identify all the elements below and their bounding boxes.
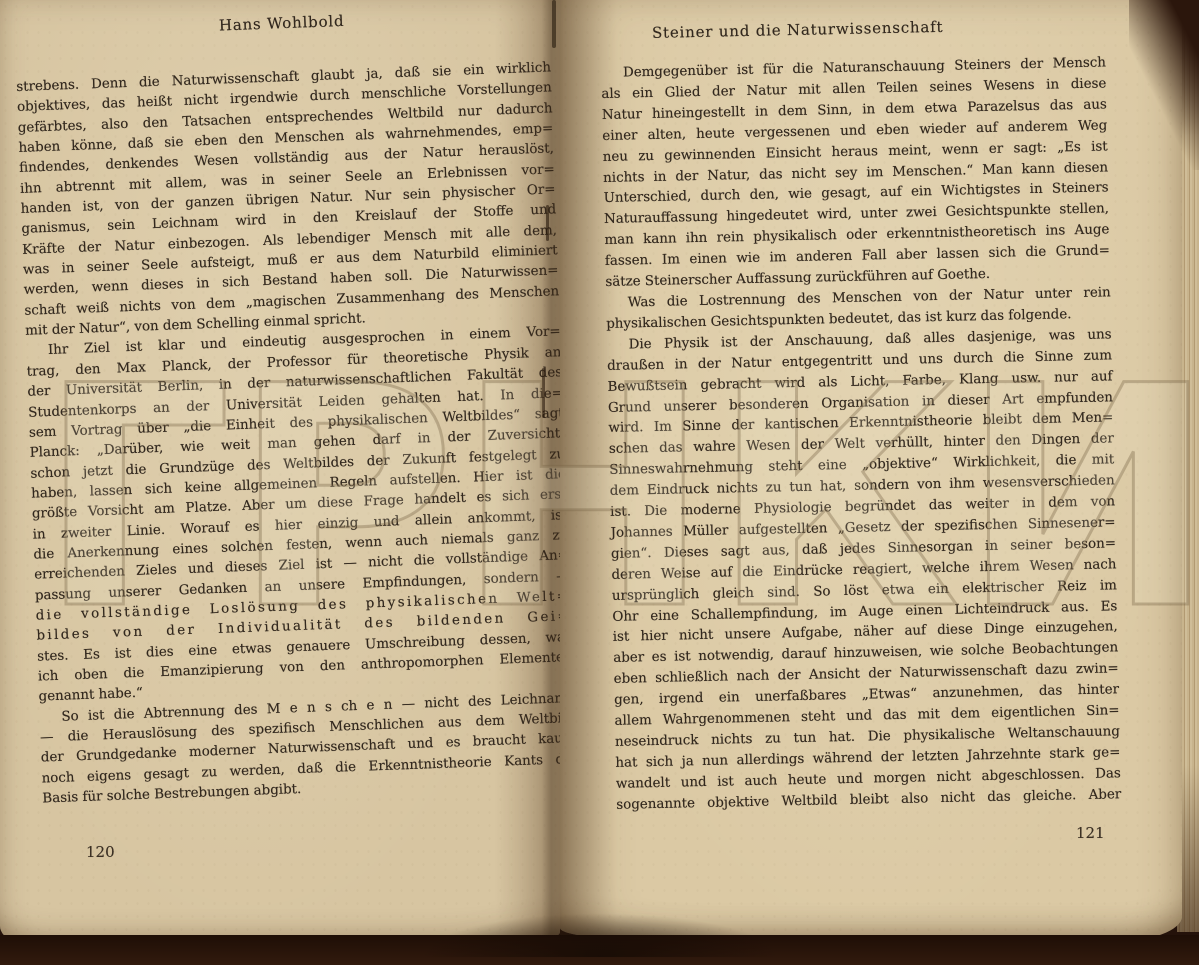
page-number-right: 121: [1076, 824, 1105, 842]
running-header-right: Steiner und die Naturwissenschaft: [545, 16, 1050, 46]
table-surface: [0, 935, 1199, 965]
running-header-left: Hans Wohlbold: [14, 4, 549, 43]
left-page-text: strebens. Denn die Naturwissenschaft gla…: [16, 58, 577, 809]
right-page: Steiner und die Naturwissenschaft Demgeg…: [560, 0, 1182, 942]
book-spread: Hans Wohlbold strebens. Denn die Naturwi…: [0, 0, 1199, 965]
left-page-tilt-wrap: Hans Wohlbold strebens. Denn die Naturwi…: [14, 4, 577, 809]
left-page: Hans Wohlbold strebens. Denn die Naturwi…: [0, 0, 560, 950]
page-number-left: 120: [86, 843, 115, 861]
right-page-tilt-wrap: Steiner und die Naturwissenschaft Demgeg…: [600, 14, 1121, 816]
right-page-text: Demgegenüber ist für die Naturanschauung…: [601, 53, 1122, 816]
